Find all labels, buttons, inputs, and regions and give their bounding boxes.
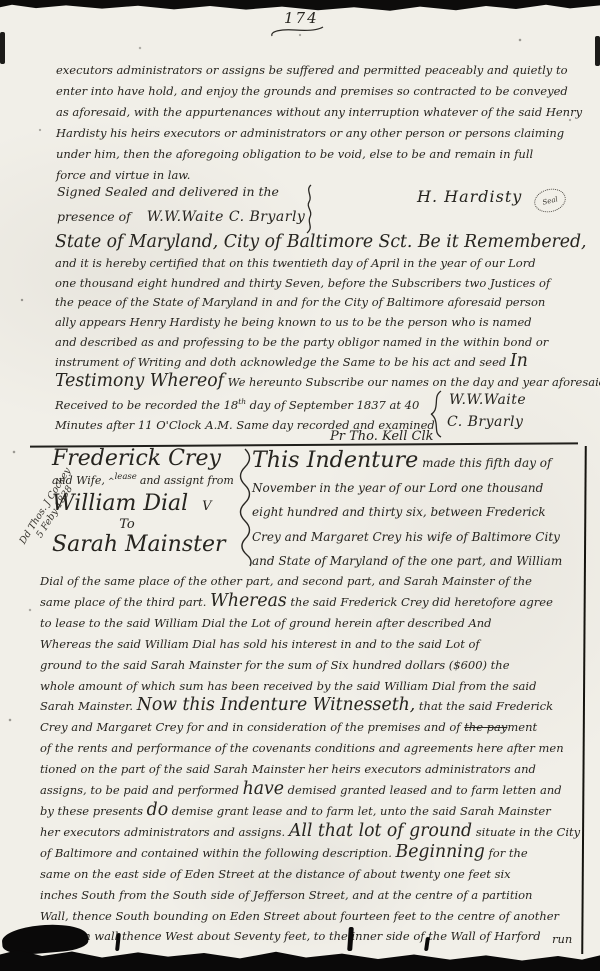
text-line: under him, then the aforegoing obligatio… [56,144,586,165]
scan-artifact-spike [347,927,354,951]
bond-conclusion-paragraph: executors administrators or assigns be s… [56,60,586,186]
text-line: assigns, to be paid and performed have d… [40,780,582,801]
text-line: Whereas the said William Dial has sold h… [40,634,582,655]
text-line: of Baltimore and contained within the fo… [40,843,582,864]
text-line: force and virtue in law. [56,165,586,186]
docket-insertion-lease: lease [115,472,137,482]
record-docket: Frederick Crey and Wife,^leaseand assign… [52,446,244,558]
page-number-flourish [268,26,326,38]
text-line: whole amount of which sum has been recei… [40,676,582,697]
text-line: same place of the third part. Whereas th… [40,592,582,613]
text-line: to lease to the said William Dial the Lo… [40,613,582,634]
text-line: Testimony Whereof We hereunto Subscribe … [55,373,583,393]
caret-mark: ^ [108,477,115,486]
text-line: Crey and Margaret Crey for and in consid… [40,717,582,738]
text-line: Wall, thence South bounding on Eden Stre… [40,906,582,927]
docket-and-wife: and Wife, [52,474,105,487]
text-line: ally appears Henry Hardisty he being kno… [55,313,583,333]
indenture-opening-paragraph: This Indenture made this fifth day ofNov… [252,449,582,574]
text-line: the peace of the State of Maryland in an… [55,293,583,313]
text-line: one thousand eight hundred and thirty Se… [55,274,583,294]
clerk-attestation: Pr Tho. Kell Clk [330,429,434,444]
bracket-squiggle-icon [301,184,317,234]
bryarly-signature: C. Bryarly [447,414,523,430]
text-line: tioned on the part of the said Sarah Mai… [40,759,582,780]
docket-party-dial: William Dial [52,491,188,517]
text-line: inches South from the South side of Jeff… [40,885,582,906]
text-line: enter into have hold, and enjoy the grou… [56,81,586,102]
text-line: State of Maryland, City of Baltimore Sct… [55,234,583,254]
text-line: same on the east side of Eden Street at … [40,864,582,885]
text-line: November in the year of our Lord one tho… [252,476,582,501]
docket-to-label: To [52,517,202,532]
catchword: run [552,932,572,946]
attestation-line-2: presence ofW.W.Waite C. Bryarly [57,209,305,225]
waite-signature: W.W.Waite [449,392,526,408]
text-line: This Indenture made this fifth day of [252,449,582,476]
docket-assignt-from: and assignt from [140,474,234,487]
text-line: ground to the said Sarah Mainster for th… [40,655,582,676]
text-line: Dial of the same place of the other part… [40,571,582,592]
witness-signatures: W.W.Waite C. Bryarly [147,209,306,225]
attestation-line-1: Signed Sealed and delivered in the [57,184,279,199]
binding-margin-rule [581,446,587,954]
presence-of-label: presence of [57,209,131,224]
docket-party-crey: Frederick Crey [52,446,244,472]
indenture-body-paragraph: Dial of the same place of the other part… [40,571,582,947]
scan-mark-right [595,36,600,66]
text-line: Sarah Mainster. Now this Indenture Witne… [40,696,582,717]
docket-row-dial: William Dial V [52,491,244,517]
text-line: by these presents do demise grant lease … [40,801,582,822]
text-line: executors administrators or assigns be s… [56,60,586,81]
text-line: her executors administrators and assigns… [40,822,582,843]
text-line: eight hundred and thirty six, between Fr… [252,500,582,525]
seal-label: Seal [542,195,559,206]
text-line: Crey and Margaret Crey his wife of Balti… [252,525,582,550]
seal-icon: Seal [532,185,569,215]
scanned-deed-record-page: 174 executors administrators or assigns … [0,0,600,971]
paraph-mark: V [202,499,211,514]
text-line: of the rents and performance of the cove… [40,738,582,759]
text-line: partition wall thence West about Seventy… [40,926,582,947]
text-line: as aforesaid, with the appurtenances wit… [56,102,586,123]
text-line: and it is hereby certified that on this … [55,254,583,274]
text-line: Hardisty his heirs executors or administ… [56,123,586,144]
page-number: 174 [284,9,319,27]
docket-subline: and Wife,^leaseand assignt from [52,472,244,491]
text-line: and State of Maryland of the one part, a… [252,549,582,574]
text-line: and described as and professing to be th… [55,333,583,353]
hardisty-signature: H. Hardisty [417,187,522,206]
scan-mark-left [0,32,5,64]
docket-party-mainster: Sarah Mainster [52,532,244,558]
